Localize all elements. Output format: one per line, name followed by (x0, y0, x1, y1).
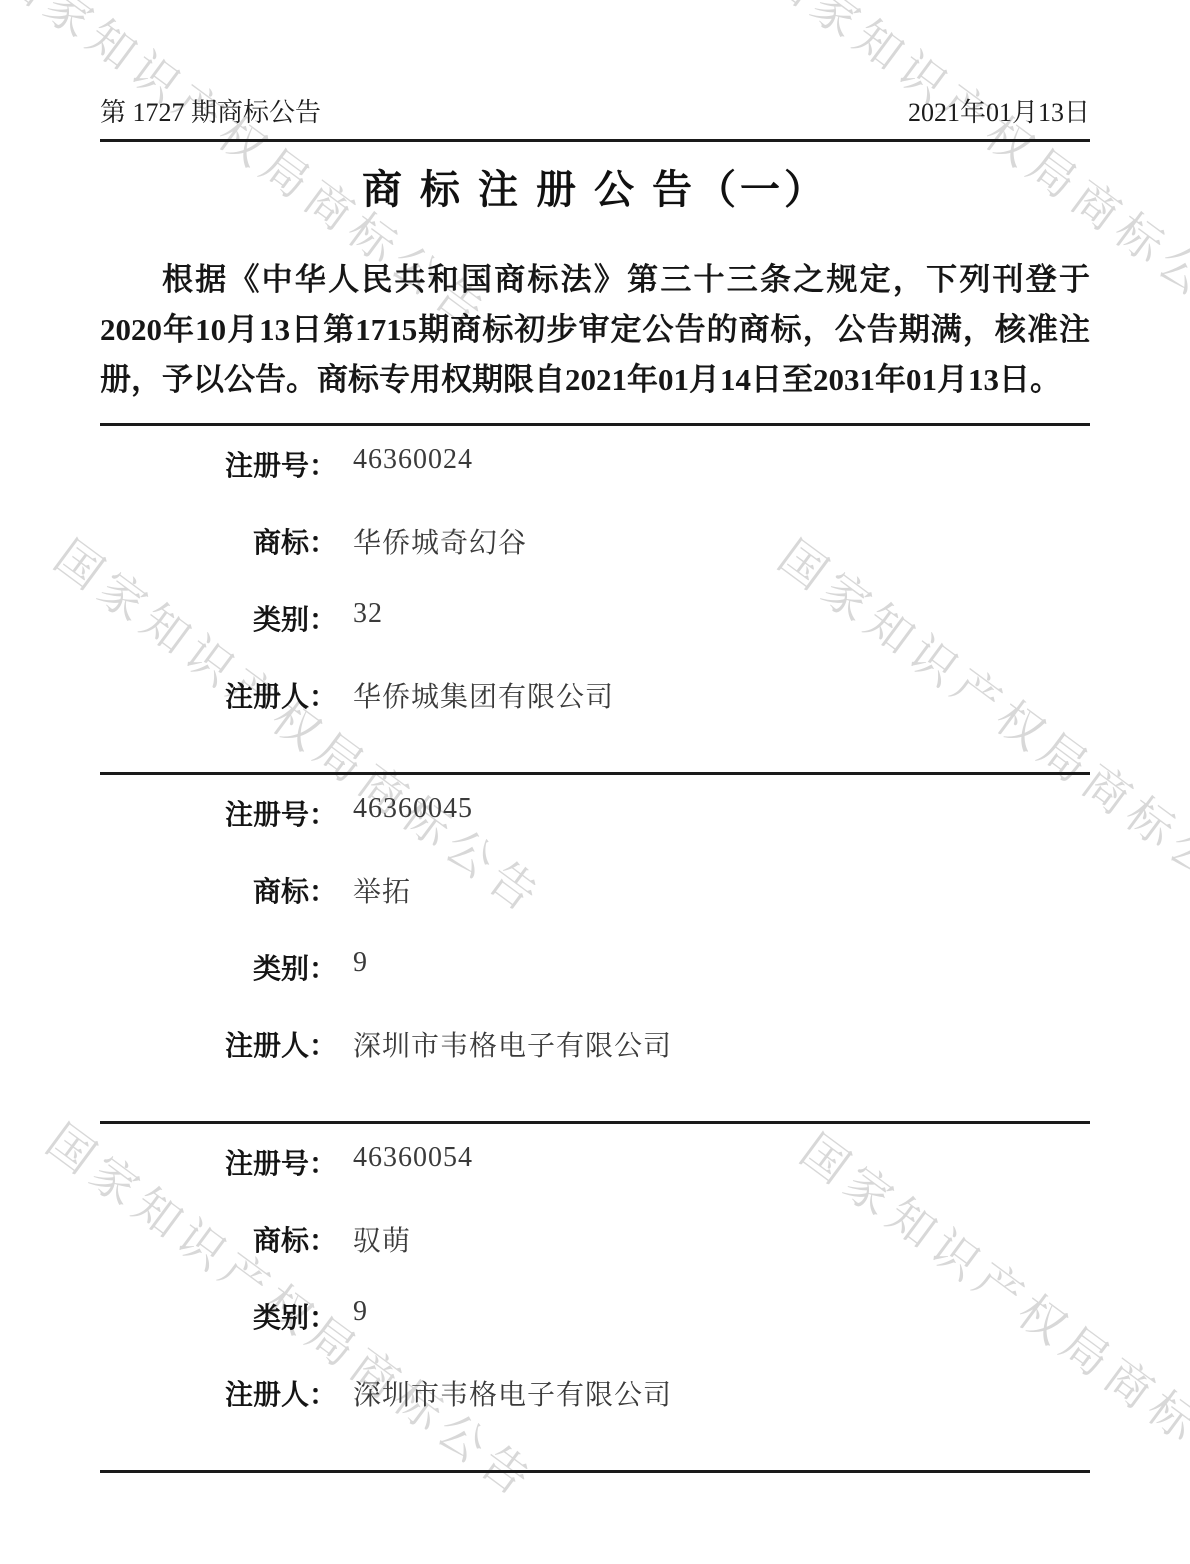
trademark-value: 华侨城奇幻谷 (353, 521, 527, 561)
reg-number-label: 注册号： (100, 444, 337, 484)
date-label: 2021年01月13日 (908, 92, 1090, 129)
reg-number-row: 注册号： 46360054 (100, 1142, 1090, 1219)
registrant-value: 深圳市韦格电子有限公司 (353, 1373, 672, 1413)
page-content: 第 1727 期商标公告 2021年01月13日 商 标 注 册 公 告（一） … (0, 0, 1190, 1564)
page-header: 第 1727 期商标公告 2021年01月13日 (100, 0, 1090, 129)
registrant-label: 注册人： (100, 675, 337, 715)
category-row: 类别： 9 (100, 947, 1090, 1024)
reg-number-label: 注册号： (100, 1142, 337, 1182)
category-label: 类别： (100, 1296, 337, 1336)
end-separator (100, 1470, 1090, 1473)
trademark-row: 商标： 驭萌 (100, 1219, 1090, 1296)
reg-number-value: 46360024 (353, 444, 473, 476)
trademark-record: 注册号： 46360024 商标： 华侨城奇幻谷 类别： 32 注册人： 华侨城… (100, 423, 1090, 772)
registrant-row: 注册人： 华侨城集团有限公司 (100, 675, 1090, 752)
reg-number-label: 注册号： (100, 793, 337, 833)
category-label: 类别： (100, 947, 337, 987)
trademark-label: 商标： (100, 1219, 337, 1259)
registrant-row: 注册人： 深圳市韦格电子有限公司 (100, 1024, 1090, 1101)
category-label: 类别： (100, 598, 337, 638)
trademark-row: 商标： 华侨城奇幻谷 (100, 521, 1090, 598)
registrant-row: 注册人： 深圳市韦格电子有限公司 (100, 1373, 1090, 1450)
issue-label: 第 1727 期商标公告 (100, 92, 321, 129)
registrant-value: 深圳市韦格电子有限公司 (353, 1024, 672, 1064)
category-row: 类别： 32 (100, 598, 1090, 675)
trademark-value: 举拓 (353, 870, 411, 910)
trademark-label: 商标： (100, 521, 337, 561)
reg-number-row: 注册号： 46360045 (100, 793, 1090, 870)
gazette-page: 国家知识产权局商标公告 国家知识产权局商标公告 国家知识产权局商标公告 国家知识… (0, 0, 1190, 1564)
header-rule (100, 139, 1090, 142)
reg-number-row: 注册号： 46360024 (100, 444, 1090, 521)
trademark-record: 注册号： 46360054 商标： 驭萌 类别： 9 注册人： 深圳市韦格电子有… (100, 1121, 1090, 1470)
page-title: 商 标 注 册 公 告（一） (100, 158, 1090, 215)
intro-paragraph: 根据《中华人民共和国商标法》第三十三条之规定，下列刊登于2020年10月13日第… (100, 255, 1090, 405)
trademark-value: 驭萌 (353, 1219, 411, 1259)
registrant-value: 华侨城集团有限公司 (353, 675, 614, 715)
category-row: 类别： 9 (100, 1296, 1090, 1373)
registrant-label: 注册人： (100, 1373, 337, 1413)
reg-number-value: 46360045 (353, 793, 473, 825)
category-value: 9 (353, 1296, 368, 1328)
category-value: 32 (353, 598, 383, 630)
trademark-row: 商标： 举拓 (100, 870, 1090, 947)
trademark-label: 商标： (100, 870, 337, 910)
trademark-record: 注册号： 46360045 商标： 举拓 类别： 9 注册人： 深圳市韦格电子有… (100, 772, 1090, 1121)
category-value: 9 (353, 947, 368, 979)
records-list: 注册号： 46360024 商标： 华侨城奇幻谷 类别： 32 注册人： 华侨城… (100, 423, 1090, 1473)
registrant-label: 注册人： (100, 1024, 337, 1064)
reg-number-value: 46360054 (353, 1142, 473, 1174)
